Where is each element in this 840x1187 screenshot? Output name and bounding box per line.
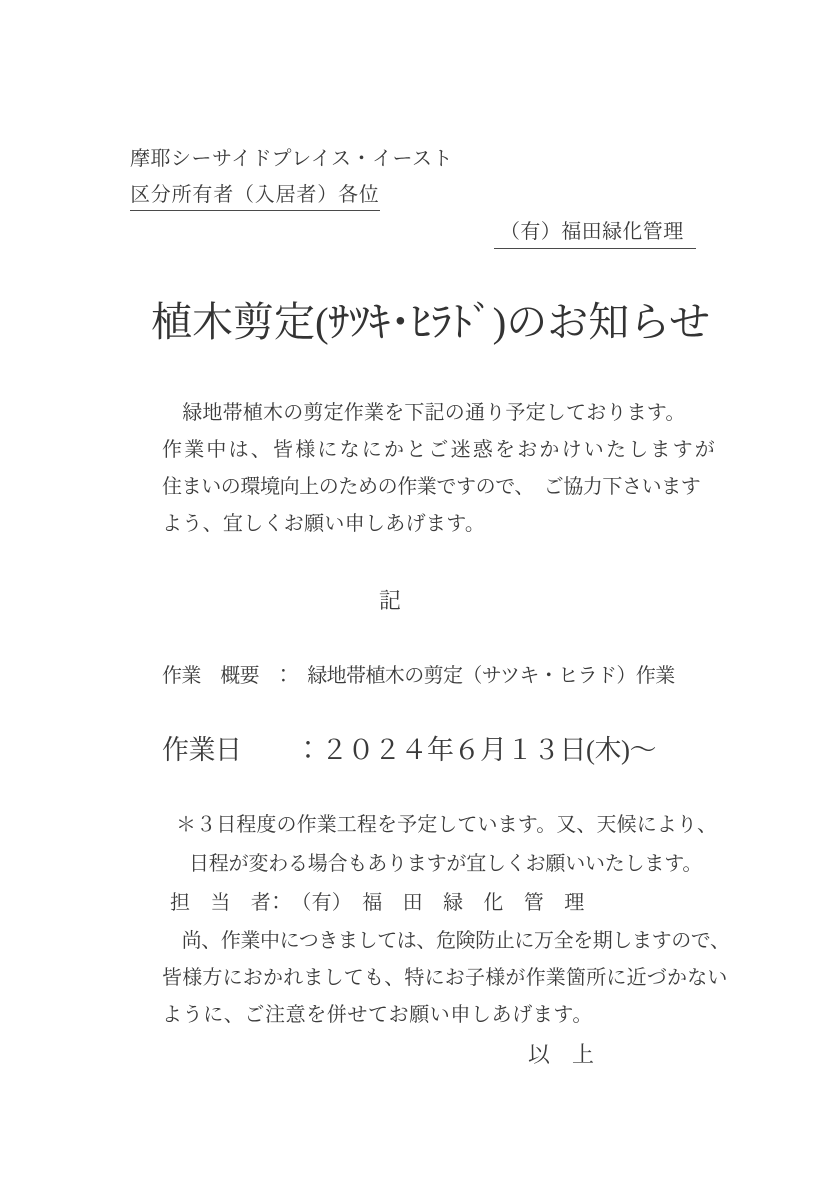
- caution-line-1: 尚、作業中につきましては、危険防止に万全を期しますので、: [162, 923, 730, 960]
- schedule-notes: ＊３日程度の作業工程を予定しています。又、天候により、 日程が変わる場合もありま…: [176, 806, 717, 884]
- note-line-2: 日程が変わる場合もありますが宜しくお願いいたします。: [189, 845, 717, 884]
- work-date-line: 作業日 ：２０２４年６月１３日(木)～: [162, 728, 656, 767]
- intro-line-2: 作業中は、皆様になにかとご迷惑をおかけいたしますが: [162, 432, 714, 469]
- recipient-building-name: 摩耶シーサイドプレイス・イースト: [130, 142, 453, 171]
- work-summary-line: 作業 概要 ： 緑地帯植木の剪定（サツキ・ヒラド）作業: [162, 659, 675, 688]
- closing-mark: 以 上: [528, 1038, 594, 1069]
- caution-paragraph: 尚、作業中につきましては、危険防止に万全を期しますので、 皆様方におかれましても…: [162, 923, 730, 1034]
- intro-line-3: 住まいの環境向上のための作業ですので、 ご協力下さいます: [162, 469, 714, 506]
- sender-company-name: （有）福田緑化管理: [494, 215, 696, 249]
- intro-paragraph: 緑地帯植木の剪定作業を下記の通り予定しております。 作業中は、皆様になにかとご迷…: [162, 395, 714, 543]
- manager-line: 担 当 者： （有） 福 田 緑 化 管 理: [170, 886, 584, 915]
- record-heading: 記: [110, 584, 670, 615]
- notice-document-page: 摩耶シーサイドプレイス・イースト 区分所有者（入居者）各位 （有）福田緑化管理 …: [0, 0, 840, 1187]
- note-line-1: ＊３日程度の作業工程を予定しています。又、天候により、: [176, 806, 717, 845]
- addressee-line: 区分所有者（入居者）各位: [130, 178, 380, 211]
- caution-line-3: ように、ご注意を併せてお願い申しあげます。: [162, 997, 730, 1034]
- caution-line-2: 皆様方におかれましても、特にお子様が作業箇所に近づかない: [162, 960, 730, 997]
- notice-title: 植木剪定(ｻﾂｷ･ﾋﾗﾄﾞ)のお知らせ: [151, 289, 710, 348]
- intro-line-4: よう、宜しくお願い申しあげます。: [162, 506, 714, 543]
- intro-line-1: 緑地帯植木の剪定作業を下記の通り予定しております。: [162, 395, 714, 432]
